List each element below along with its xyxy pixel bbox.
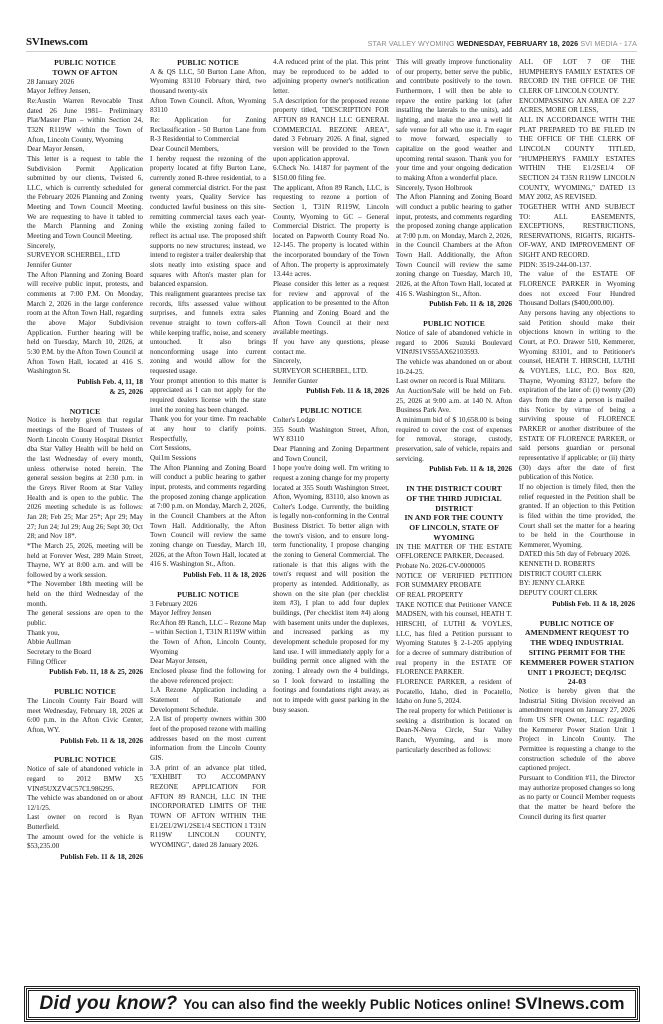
banner-site-link[interactable]: SVInews.com [515, 994, 625, 1014]
notice-paragraph: Please consider this letter as a request… [273, 280, 389, 338]
banner-question: Did you know? [40, 993, 178, 1015]
notice-colters-lodge-continued: This will greatly improve functionality … [396, 58, 512, 309]
notice-paragraph: Re: Application for Zoning Reclassificat… [150, 116, 266, 145]
notice-title: PUBLIC NOTICE [27, 755, 143, 765]
notice-title: NOTICE [27, 407, 143, 417]
notice-town-of-afton: PUBLIC NOTICE TOWN OF AFTON 28 January 2… [27, 58, 143, 397]
notice-paragraph: Sincerely, [27, 242, 143, 252]
notice-hospital-board: NOTICE Notice is hereby given that regul… [27, 407, 143, 678]
notice-district-court-probate-continued: ALL OF LOT 7 OF THE HUMPHERYS FAMILY EST… [519, 58, 635, 609]
notice-paragraph: Dear Mayor Jensen, [27, 145, 143, 155]
notice-paragraph: Qui1m Sessions [150, 454, 266, 464]
notice-rezone-afton-89-ranch-continued: 4.A reduced print of the plat. This prin… [273, 58, 389, 396]
notice-paragraph: Re:Austin Warren Revocable Trust dated 2… [27, 97, 143, 145]
notice-paragraph: A & QS LLC, 50 Burton Lane Afton, Wyomin… [150, 68, 266, 97]
notice-title: KEMMERER POWER STATION [519, 658, 635, 668]
notice-paragraph: *The March 25, 2026, meeting will be hel… [27, 542, 143, 581]
notice-paragraph: If you have any questions, please contac… [273, 338, 389, 357]
notice-paragraph: 3.A print of an advance plat titled, "EX… [150, 764, 266, 851]
publish-dates: & 25, 2026 [27, 387, 143, 397]
page-number: SVI MEDIA - 17A [580, 39, 637, 48]
notice-paragraph: This realignment guarantees precise tax … [150, 290, 266, 377]
notice-title: OF LINCOLN, STATE OF [396, 523, 512, 533]
page-folio: STAR VALLEY WYOMING WEDNESDAY, FEBRUARY … [368, 39, 637, 48]
notice-paragraph: 2.A list of property owners within 300 f… [150, 715, 266, 763]
notice-paragraph: Probate No. 2026-CV-0000005 [396, 562, 512, 572]
notice-title: PUBLIC NOTICE [396, 319, 512, 329]
notice-paragraph: 355 South Washington Street, Afton, WY 8… [273, 426, 389, 445]
notice-abandoned-vehicle-bmw: PUBLIC NOTICE Notice of sale of abandone… [27, 755, 143, 862]
notice-paragraph: Notice of sale of abandoned vehicle in r… [396, 329, 512, 358]
notice-subtitle: TOWN OF AFTON [27, 68, 143, 78]
notice-title: UNIT 1 PROJECT; DEQ/ISC [519, 668, 635, 678]
notice-paragraph: Sincerely, Tyson Holbrook [396, 184, 512, 194]
notice-paragraph: The value of the ESTATE OF FLORENCE PARK… [519, 270, 635, 309]
notice-paragraph: Your prompt attention to this matter is … [150, 377, 266, 416]
notice-title: PUBLIC NOTICE [273, 406, 389, 416]
notice-paragraph: The amount owed for the vehicle is $53,2… [27, 833, 143, 852]
notice-paragraph: Cort Sessions, [150, 444, 266, 454]
notice-paragraph: I hereby request the rezoning of the pro… [150, 155, 266, 290]
notice-paragraph: Jennifer Gunter [273, 377, 389, 387]
notice-paragraph: The applicant, Afton 89 Ranch, LLC, is r… [273, 184, 389, 281]
banner-text: You can also find the weekly Public Noti… [183, 997, 511, 1012]
notice-paragraph: Mayor Jeffrey Jensen [150, 609, 266, 619]
notice-title: PUBLIC NOTICE OF [519, 619, 635, 629]
notice-title: IN AND FOR THE COUNTY [396, 513, 512, 523]
notice-paragraph: Any persons having any objections to sai… [519, 309, 635, 483]
notice-paragraph: If no objection is timely filed, then th… [519, 483, 635, 551]
notice-colters-lodge: PUBLIC NOTICE Colter's Lodge 355 South W… [273, 406, 389, 715]
notice-paragraph: The Lincoln County Fair Board will meet … [27, 697, 143, 736]
site-name[interactable]: SVInews.com [26, 36, 88, 48]
notice-paragraph: TAKE NOTICE that Petitioner VANCE MADSEN… [396, 601, 512, 678]
notice-paragraph: The Afton Planning and Zoning Board will… [396, 193, 512, 299]
notice-title: PUBLIC NOTICE [27, 58, 143, 68]
publish-dates: Publish Feb. 11, 18 & 25, 2026 [27, 667, 143, 677]
column-4: This will greatly improve functionality … [396, 58, 512, 981]
notice-title: OF THE THIRD JUDICIAL [396, 494, 512, 504]
did-you-know-banner[interactable]: Did you know? You can also find the week… [26, 988, 638, 1020]
notice-paragraph: The Afton Planning and Zoning Board will… [150, 464, 266, 570]
notice-paragraph: 3 February 2026 [150, 600, 266, 610]
notice-paragraph: I hope you're doing well. I'm writing to… [273, 464, 389, 715]
notice-paragraph: Dear Council Members, [150, 145, 266, 155]
notice-title: PUBLIC NOTICE [27, 687, 143, 697]
notice-paragraph: SURVEYOR SCHERBEL, LTD. [273, 367, 389, 377]
column-5: ALL OF LOT 7 OF THE HUMPHERYS FAMILY EST… [519, 58, 635, 981]
notice-rezone-afton-89-ranch: PUBLIC NOTICE 3 February 2026 Mayor Jeff… [150, 590, 266, 851]
location-label: STAR VALLEY WYOMING [368, 39, 455, 48]
notice-paragraph: BY: JENNY CLARKE [519, 579, 635, 589]
notice-paragraph: OF REAL PROPERTY [396, 591, 512, 601]
notice-paragraph: 4.A reduced print of the plat. This prin… [273, 58, 389, 97]
notice-paragraph: DEPUTY COURT CLERK [519, 589, 635, 599]
notice-paragraph: ALL OF LOT 7 OF THE HUMPHERYS FAMILY EST… [519, 58, 635, 97]
notice-paragraph: SURVEYOR SCHERBEL, LTD [27, 251, 143, 261]
notice-title: WYOMING [396, 533, 512, 543]
notice-paragraph: Enclosed please find the following for t… [150, 667, 266, 686]
column-1: PUBLIC NOTICE TOWN OF AFTON 28 January 2… [27, 58, 143, 981]
notice-paragraph: Thank you for your time. I'm reachable a… [150, 415, 266, 444]
notice-paragraph: Notice is hereby given that the Industri… [519, 687, 635, 774]
notice-title: SITING PERMIT FOR THE [519, 648, 635, 658]
notice-paragraph: Afton Town Council. Afton, Wyoming 83110 [150, 97, 266, 116]
notice-paragraph: Dear Mayor Jensen, [150, 657, 266, 667]
notice-paragraph: This will greatly improve functionality … [396, 58, 512, 184]
masthead: SVInews.com STAR VALLEY WYOMING WEDNESDA… [26, 34, 637, 52]
notice-paragraph: Abbie Aullman [27, 638, 143, 648]
notice-paragraph: This letter is a request to table the Su… [27, 155, 143, 242]
notice-title: PUBLIC NOTICE [150, 590, 266, 600]
notice-paragraph: 6.Check No. 14187 for payment of the $15… [273, 164, 389, 183]
issue-date: WEDNESDAY, FEBRUARY 18, 2026 [457, 39, 579, 48]
publish-dates: Publish Feb. 11 & 18, 2026 [396, 464, 512, 474]
notice-title: AMENDMENT REQUEST TO [519, 628, 635, 638]
notice-paragraph: FLORENCE PARKER, a resident of Pocatello… [396, 678, 512, 707]
notice-paragraph: DATED this 5th day of February 2026. [519, 550, 635, 560]
notice-paragraph: Notice of sale of abandoned vehicle in r… [27, 765, 143, 794]
notice-fair-board: PUBLIC NOTICE The Lincoln County Fair Bo… [27, 687, 143, 745]
notice-paragraph: Thank you, [27, 629, 143, 639]
notice-paragraph: ALL IN ACCORDANCE WITH THE PLAT PREPARED… [519, 116, 635, 203]
notice-title: THE WDEQ INDUSTRIAL [519, 638, 635, 648]
column-2: PUBLIC NOTICE A & QS LLC, 50 Burton Lane… [150, 58, 266, 981]
notice-paragraph: 28 January 2026 [27, 78, 143, 88]
notice-paragraph: Re:Afton 89 Ranch, LLC – Rezone Map – wi… [150, 619, 266, 658]
notice-paragraph: Secretary to the Board [27, 648, 143, 658]
notices-columns: PUBLIC NOTICE TOWN OF AFTON 28 January 2… [27, 58, 639, 981]
notice-paragraph: The real property for which Petitioner i… [396, 707, 512, 755]
notice-title: IN THE DISTRICT COURT [396, 484, 512, 494]
notice-wdeq-amendment: PUBLIC NOTICE OF AMENDMENT REQUEST TO TH… [519, 619, 635, 823]
notice-paragraph: IN THE MATTER OF THE ESTATE OFFLORENCE P… [396, 543, 512, 562]
publish-dates: Publish Feb. 11 & 18, 2026 [27, 736, 143, 746]
notice-paragraph: ENCOMPASSING AN AREA OF 2.27 ACRES, MORE… [519, 97, 635, 116]
notice-paragraph: A minimum bid of $ 10,658.00 is being re… [396, 416, 512, 464]
publish-dates: Publish Feb. 11 & 18, 2026 [519, 599, 635, 609]
column-3: 4.A reduced print of the plat. This prin… [273, 58, 389, 981]
notice-paragraph: The general sessions are open to the pub… [27, 609, 143, 628]
notice-zoning-burton-lane: PUBLIC NOTICE A & QS LLC, 50 Burton Lane… [150, 58, 266, 580]
publish-dates: Publish Feb. 11 & 18, 2026 [396, 299, 512, 309]
notice-abandoned-vehicle-suzuki: PUBLIC NOTICE Notice of sale of abandone… [396, 319, 512, 474]
publish-dates: Publish Feb. 11 & 18, 2026 [273, 386, 389, 396]
notice-paragraph: The vehicle was abandoned on or about 12… [27, 794, 143, 813]
notice-paragraph: An Auction/Sale will be held on Feb. 25,… [396, 387, 512, 416]
notice-paragraph: Sincerely, [273, 357, 389, 367]
notice-paragraph: NOTICE OF VERIFIED PETITION FOR SUMMARY … [396, 572, 512, 591]
notice-paragraph: Colter's Lodge [273, 416, 389, 426]
notice-paragraph: The Afton Planning and Zoning Board will… [27, 271, 143, 377]
notice-paragraph: KENNETH D. ROBERTS [519, 560, 635, 570]
notice-paragraph: Last owner on record is Rual Militaru. [396, 377, 512, 387]
notice-paragraph: 5.A description for the proposed rezone … [273, 97, 389, 165]
notice-paragraph: Notice is hereby given that regular meet… [27, 416, 143, 542]
notice-paragraph: DISTRICT COURT CLERK [519, 570, 635, 580]
publish-dates: Publish Feb. 11 & 18, 2026 [150, 570, 266, 580]
notice-paragraph: Jennifer Gunter [27, 261, 143, 271]
publish-dates: Publish Feb. 4, 11, 18 [27, 377, 143, 387]
publish-dates: Publish Feb. 11 & 18, 2026 [27, 852, 143, 862]
notice-paragraph: Last owner on record is Ryan Butterfield… [27, 813, 143, 832]
notice-paragraph: Pursuant to Condition #11, the Director … [519, 774, 635, 822]
notice-paragraph: The vehicle was abandoned on or about 10… [396, 358, 512, 377]
notice-paragraph: Mayor Jeffrey Jensen, [27, 87, 143, 97]
notice-paragraph: Dear Planning and Zoning Department and … [273, 445, 389, 464]
notice-paragraph: Filing Officer [27, 658, 143, 668]
notice-paragraph: TOGETHER WITH AND SUBJECT TO: ALL EASEME… [519, 203, 635, 261]
notice-district-court-probate: IN THE DISTRICT COURT OF THE THIRD JUDIC… [396, 484, 512, 755]
notice-title: 24-03 [519, 677, 635, 687]
notice-title: DISTRICT [396, 504, 512, 514]
notice-title: PUBLIC NOTICE [150, 58, 266, 68]
notice-paragraph: PIDN: 3519-244-00-137. [519, 261, 635, 271]
notice-paragraph: *The November 18th meeting will be held … [27, 580, 143, 609]
notice-paragraph: 1.A Rezone Application including a State… [150, 686, 266, 715]
